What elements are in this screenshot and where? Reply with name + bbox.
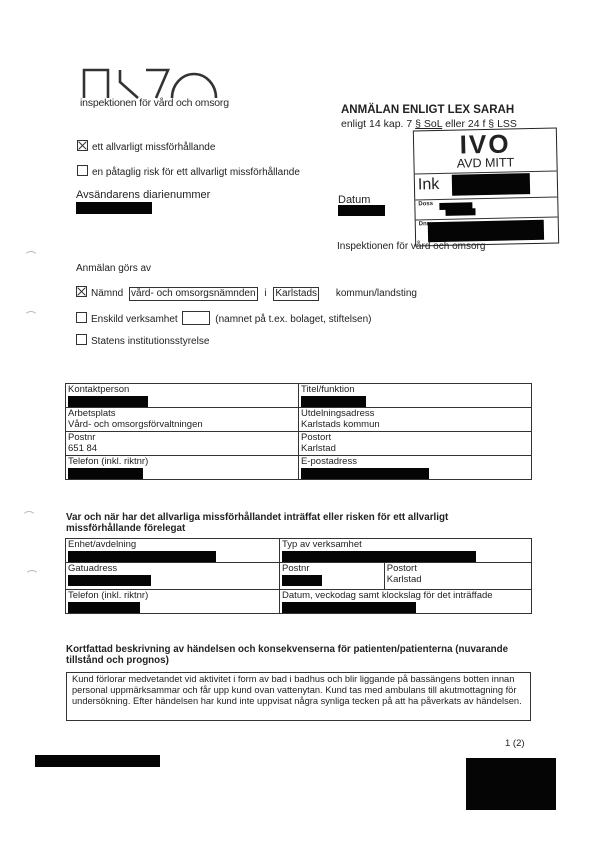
reporter-statens[interactable]: Statens institutionsstyrelse [76, 334, 209, 347]
cell-label: Telefon (inkl. riktnr) [68, 590, 277, 601]
redaction [301, 396, 366, 407]
cell-label: Datum, veckodag samt klockslag för det i… [282, 590, 529, 601]
email-cell[interactable]: E-postadress [299, 456, 532, 480]
location-table: Enhet/avdelning Typ av verksamhet Gatuad… [65, 538, 532, 614]
stamp-doss-redaction [445, 208, 475, 216]
punch-hole-mark [24, 311, 38, 325]
stamp-ink-redaction [452, 173, 530, 196]
cell-label: Kontaktperson [68, 384, 296, 395]
enskild-hint: (namnet på t.ex. bolaget, stiftelsen) [215, 314, 371, 325]
description-heading: Kortfattad beskrivning av händelsen och … [66, 644, 536, 666]
report-type-risk-label: en påtaglig risk för ett allvarligt miss… [92, 167, 300, 178]
reporter-namnd[interactable]: Nämnd vård- och omsorgsnämnden i Karlsta… [76, 286, 417, 301]
cell-value: 651 84 [68, 443, 296, 454]
redaction [68, 468, 143, 479]
enskild-label: Enskild verksamhet [91, 314, 178, 325]
enskild-name-field[interactable] [182, 311, 210, 325]
punch-hole-mark [25, 570, 39, 584]
footer-left-redaction [35, 755, 160, 767]
contact-table: Kontaktperson Titel/funktion Arbetsplats… [65, 383, 532, 480]
date-redaction [338, 205, 385, 216]
cell-label: Titel/funktion [301, 384, 529, 395]
redaction [301, 468, 429, 479]
cell-value: Karlstads kommun [301, 419, 529, 430]
cell-label: Gatuadress [68, 563, 277, 574]
city-cell[interactable]: Postort Karlstad [299, 432, 532, 456]
report-type-risk[interactable]: en påtaglig risk för ett allvarligt miss… [77, 165, 300, 178]
incident-datetime-cell[interactable]: Datum, veckodag samt klockslag för det i… [280, 590, 532, 614]
stamp-doss-label: Doss [418, 201, 433, 207]
cell-label: E-postadress [301, 456, 529, 467]
redaction [68, 396, 148, 407]
municipality-field[interactable]: Karlstads [273, 287, 319, 301]
namnd-connector: i [264, 288, 266, 299]
reported-by-heading: Anmälan görs av [76, 263, 151, 274]
checkbox-unchecked[interactable] [76, 334, 87, 345]
workplace-cell[interactable]: Arbetsplats Vård- och omsorgsförvaltning… [66, 408, 299, 432]
punch-hole-mark [24, 251, 38, 265]
logo-text: inspektionen för vård och omsorg [80, 97, 229, 109]
postal-address-cell[interactable]: Utdelningsadress Karlstads kommun [299, 408, 532, 432]
phone-cell[interactable]: Telefon (inkl. riktnr) [66, 456, 299, 480]
redaction [68, 575, 151, 586]
checkbox-unchecked[interactable] [76, 312, 87, 323]
stamp-dnr-redaction [428, 220, 544, 242]
business-type-cell[interactable]: Typ av verksamhet [280, 539, 532, 563]
cell-label: Enhet/avdelning [68, 539, 277, 550]
checkbox-checked[interactable] [77, 140, 88, 151]
location-city-cell[interactable]: Postort Karlstad [384, 563, 531, 590]
sender-diary-redaction [76, 202, 152, 214]
cell-label: Typ av verksamhet [282, 539, 529, 550]
cell-label: Postort [387, 563, 529, 574]
report-type-serious-label: ett allvarligt missförhållande [92, 142, 215, 153]
stamp-ink-label: Ink [418, 176, 440, 194]
stamp-dept: AVD MITT [414, 155, 556, 172]
reporter-enskild[interactable]: Enskild verksamhet (namnet på t.ex. bola… [76, 311, 371, 325]
footer-right-redaction [466, 758, 556, 810]
cell-label: Utdelningsadress [301, 408, 529, 419]
cell-label: Postort [301, 432, 529, 443]
location-heading: Var och när har det allvarliga missförhå… [66, 512, 466, 534]
report-type-serious[interactable]: ett allvarligt missförhållande [77, 140, 215, 153]
received-stamp: IVO AVD MITT Ink Doss Dnr [413, 128, 559, 247]
sol-link[interactable]: § SoL [415, 118, 442, 130]
cell-value: Karlstad [387, 574, 529, 585]
page-number: 1 (2) [505, 738, 525, 749]
cell-value: Karlstad [301, 443, 529, 454]
statens-label: Statens institutionsstyrelse [91, 336, 209, 347]
checkbox-unchecked[interactable] [77, 165, 88, 176]
unit-cell[interactable]: Enhet/avdelning [66, 539, 280, 563]
title-cell[interactable]: Titel/funktion [299, 384, 532, 408]
namnd-name-field[interactable]: vård- och omsorgsnämnden [129, 287, 258, 301]
redaction [282, 602, 416, 613]
cell-label: Postnr [68, 432, 296, 443]
redaction [68, 551, 216, 562]
contact-person-cell[interactable]: Kontaktperson [66, 384, 299, 408]
sender-diary-label: Avsändarens diarienummer [76, 189, 210, 201]
cell-label: Arbetsplats [68, 408, 296, 419]
namnd-label: Nämnd [91, 288, 123, 299]
recipient-text: Inspektionen för vård och omsorg [337, 241, 485, 252]
location-phone-cell[interactable]: Telefon (inkl. riktnr) [66, 590, 280, 614]
subtitle-text: enligt 14 kap. 7 [341, 118, 415, 130]
form-title: ANMÄLAN ENLIGT LEX SARAH [341, 104, 514, 116]
checkbox-checked[interactable] [76, 286, 87, 297]
redaction [282, 575, 322, 586]
location-postcode-cell[interactable]: Postnr [280, 563, 385, 590]
redaction [68, 602, 140, 613]
cell-label: Telefon (inkl. riktnr) [68, 456, 296, 467]
cell-label: Postnr [282, 563, 382, 574]
postcode-cell[interactable]: Postnr 651 84 [66, 432, 299, 456]
punch-hole-mark [22, 511, 36, 525]
municipality-suffix: kommun/landsting [336, 288, 417, 299]
redaction [282, 551, 476, 562]
cell-value: Vård- och omsorgsförvaltningen [68, 419, 296, 430]
street-address-cell[interactable]: Gatuadress [66, 563, 280, 590]
description-textbox[interactable]: Kund förlorar medvetandet vid aktivitet … [66, 672, 531, 721]
